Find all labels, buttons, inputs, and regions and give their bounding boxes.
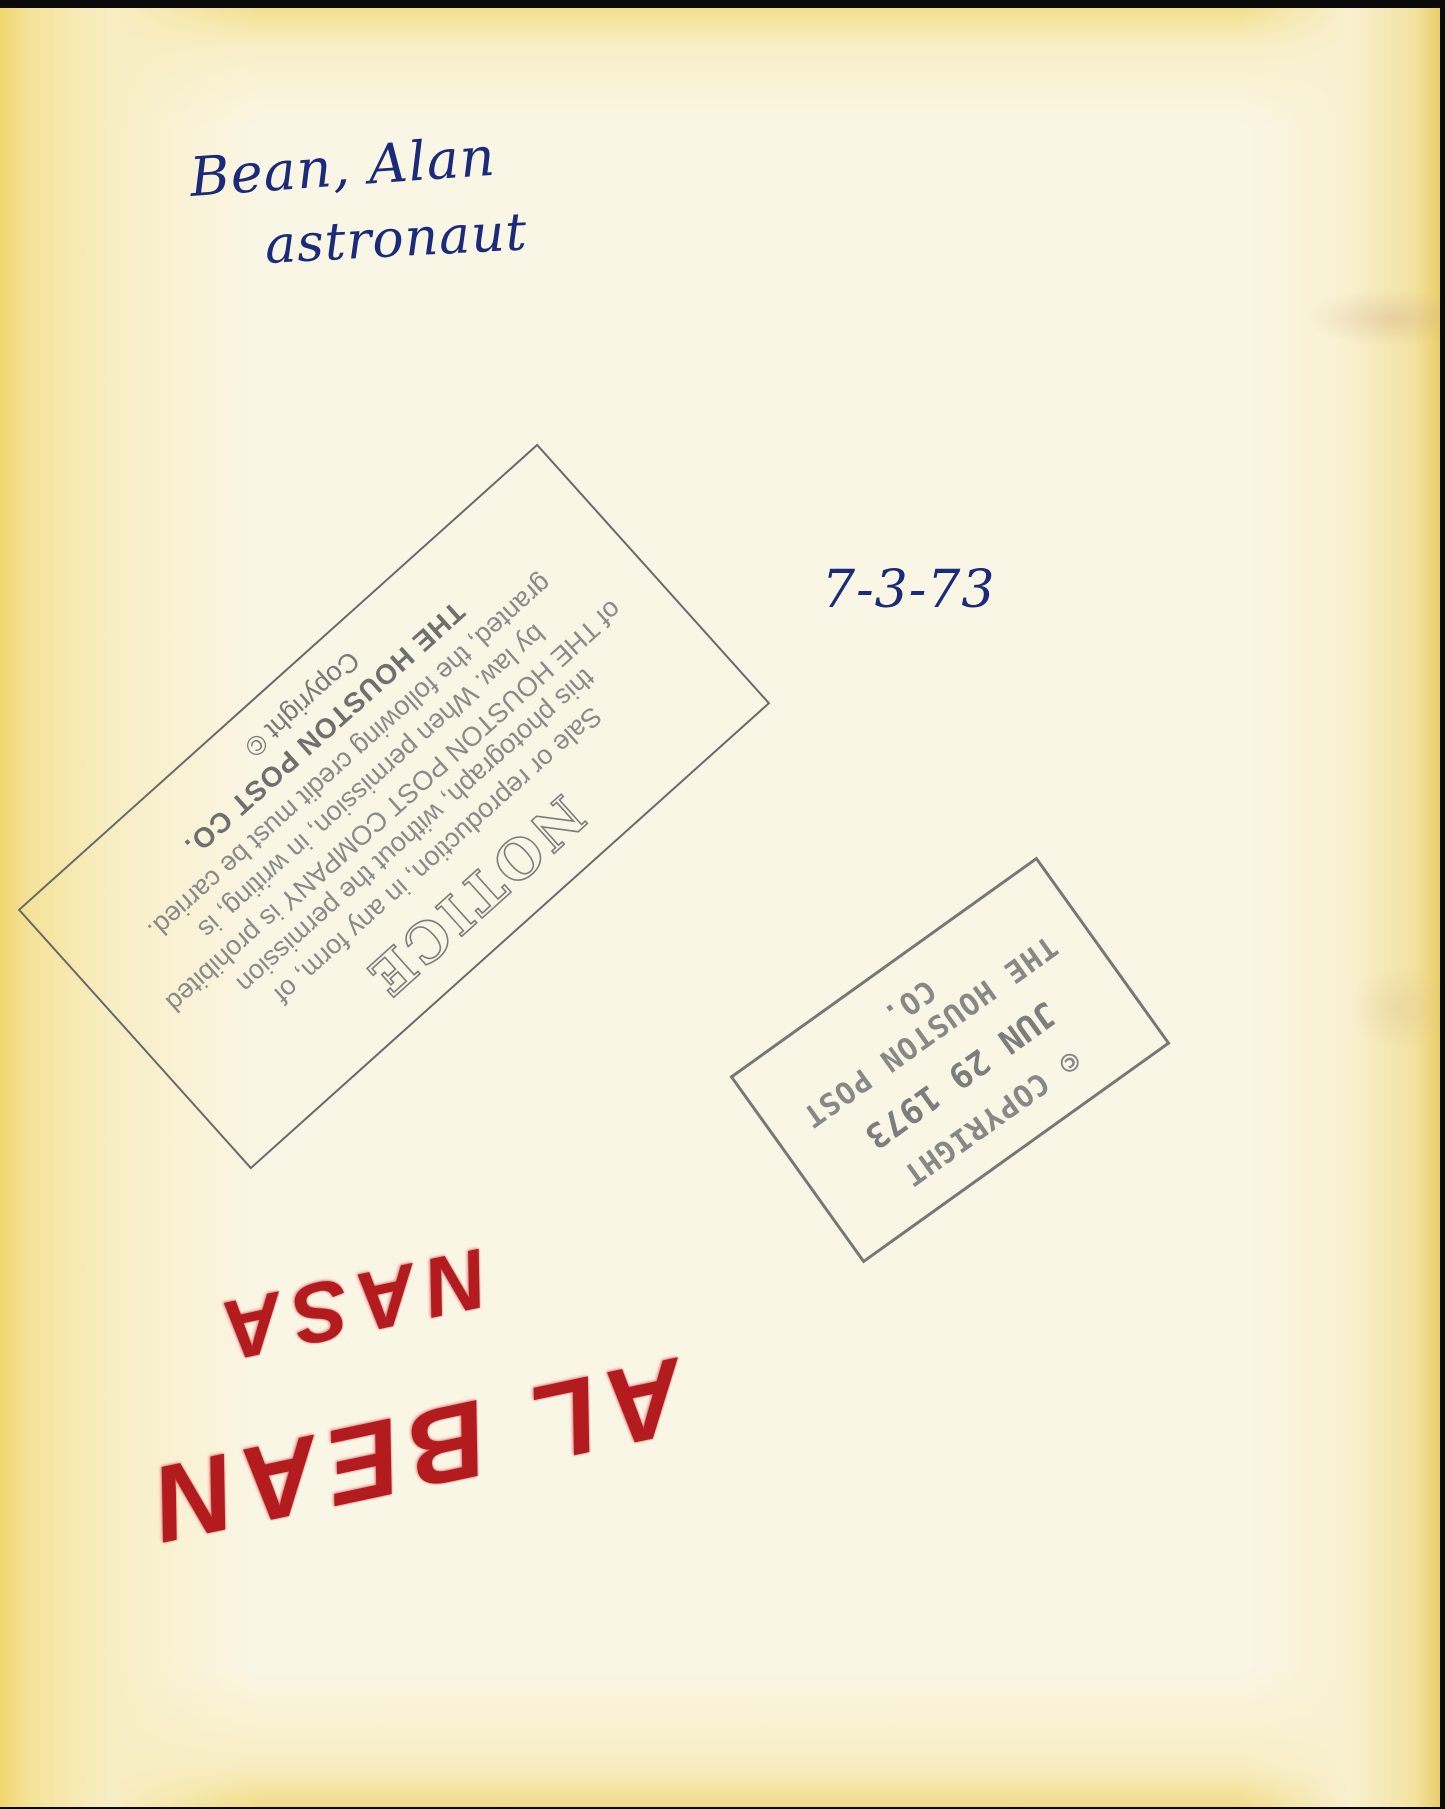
notice-stamp: NOTICE Sale or reproduction, in any form… (18, 443, 771, 1169)
grease-pencil-agency: NASA (204, 1229, 496, 1382)
handwritten-date: 7-3-73 (822, 560, 995, 620)
handwritten-name: Bean, Alan (188, 125, 498, 209)
grease-pencil-name: AL BEAN (135, 1333, 697, 1569)
copyright-date-stamp: © COPYRIGHT JUN 29 1973 THE HOUSTON POST… (729, 856, 1170, 1263)
photo-back-paper: Bean, Alan astronaut 7-3-73 NOTICE Sale … (0, 8, 1440, 1807)
handwritten-role: astronaut (263, 202, 528, 276)
